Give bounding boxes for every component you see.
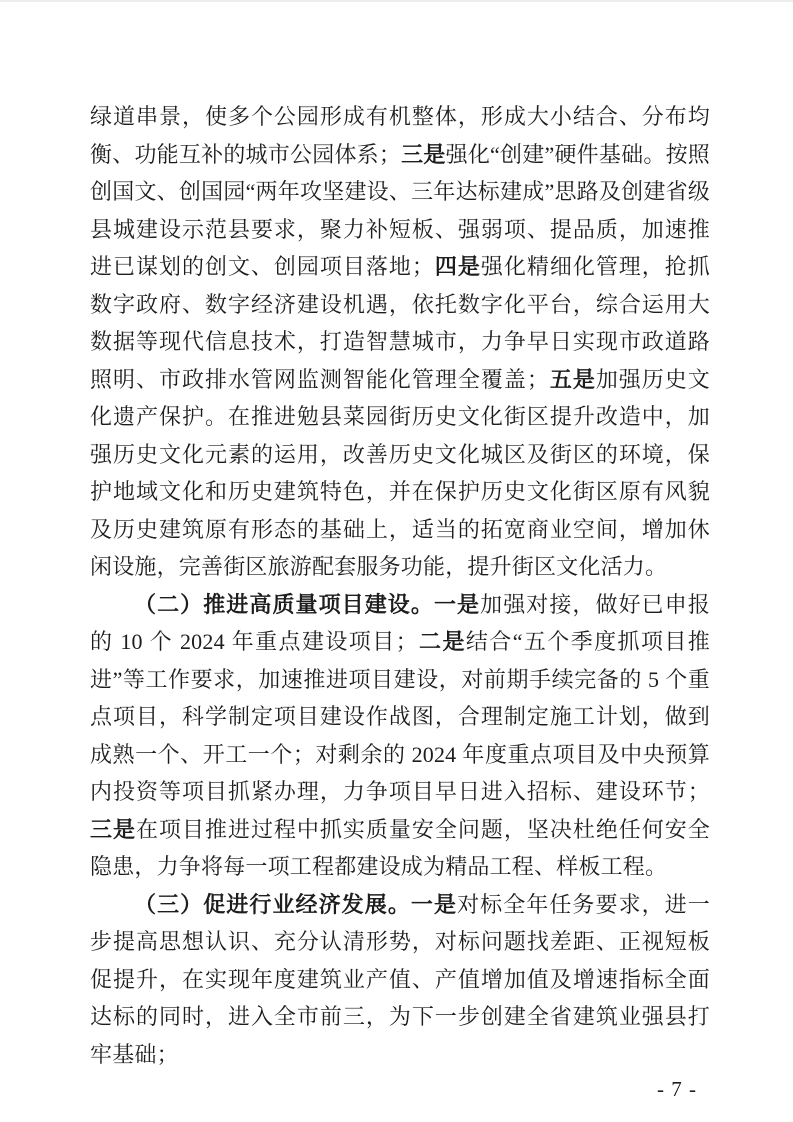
document-body: 绿道串景，使多个公园形成有机整体，形成大小结合、分布均衡、功能互补的城市公园体系… [90, 98, 710, 1073]
emphasis-run: 四是 [434, 254, 481, 279]
paragraph: （二）推进高质量项目建设。一是加强对接，做好已申报的 10 个 2024 年重点… [90, 586, 710, 886]
emphasis-run: 三是 [90, 817, 136, 842]
document-page: 绿道串景，使多个公园形成有机整体，形成大小结合、分布均衡、功能互补的城市公园体系… [0, 0, 793, 1122]
section-heading: （三）促进行业经济发展。 [134, 892, 411, 917]
text-run: 在项目推进过程中抓实质量安全问题，坚决杜绝任何安全隐患，力争将每一项工程都建设成… [90, 817, 710, 880]
page-number: - 7 - [90, 1075, 710, 1103]
paragraph: 绿道串景，使多个公园形成有机整体，形成大小结合、分布均衡、功能互补的城市公园体系… [90, 98, 710, 586]
paragraph: （三）促进行业经济发展。一是对标全年任务要求，进一步提高思想认识、充分认清形势，… [90, 886, 710, 1074]
emphasis-run: 一是 [434, 592, 480, 617]
emphasis-run: 一是 [411, 892, 457, 917]
section-heading: （二）推进高质量项目建设。 [134, 592, 434, 617]
emphasis-run: 五是 [549, 367, 596, 392]
text-run: 结合“五个季度抓项目推进”等工作要求，加速推进项目建设，对前期手续完备的 5 个… [90, 629, 710, 804]
text-run: 对标全年任务要求，进一步提高思想认识、充分认清形势，对标问题找差距、正视短板促提… [90, 892, 710, 1067]
emphasis-run: 三是 [401, 142, 445, 167]
emphasis-run: 二是 [418, 629, 466, 654]
text-run: 加强历史文化遗产保护。在推进勉县菜园街历史文化街区提升改造中，加强历史文化元素的… [90, 367, 710, 580]
